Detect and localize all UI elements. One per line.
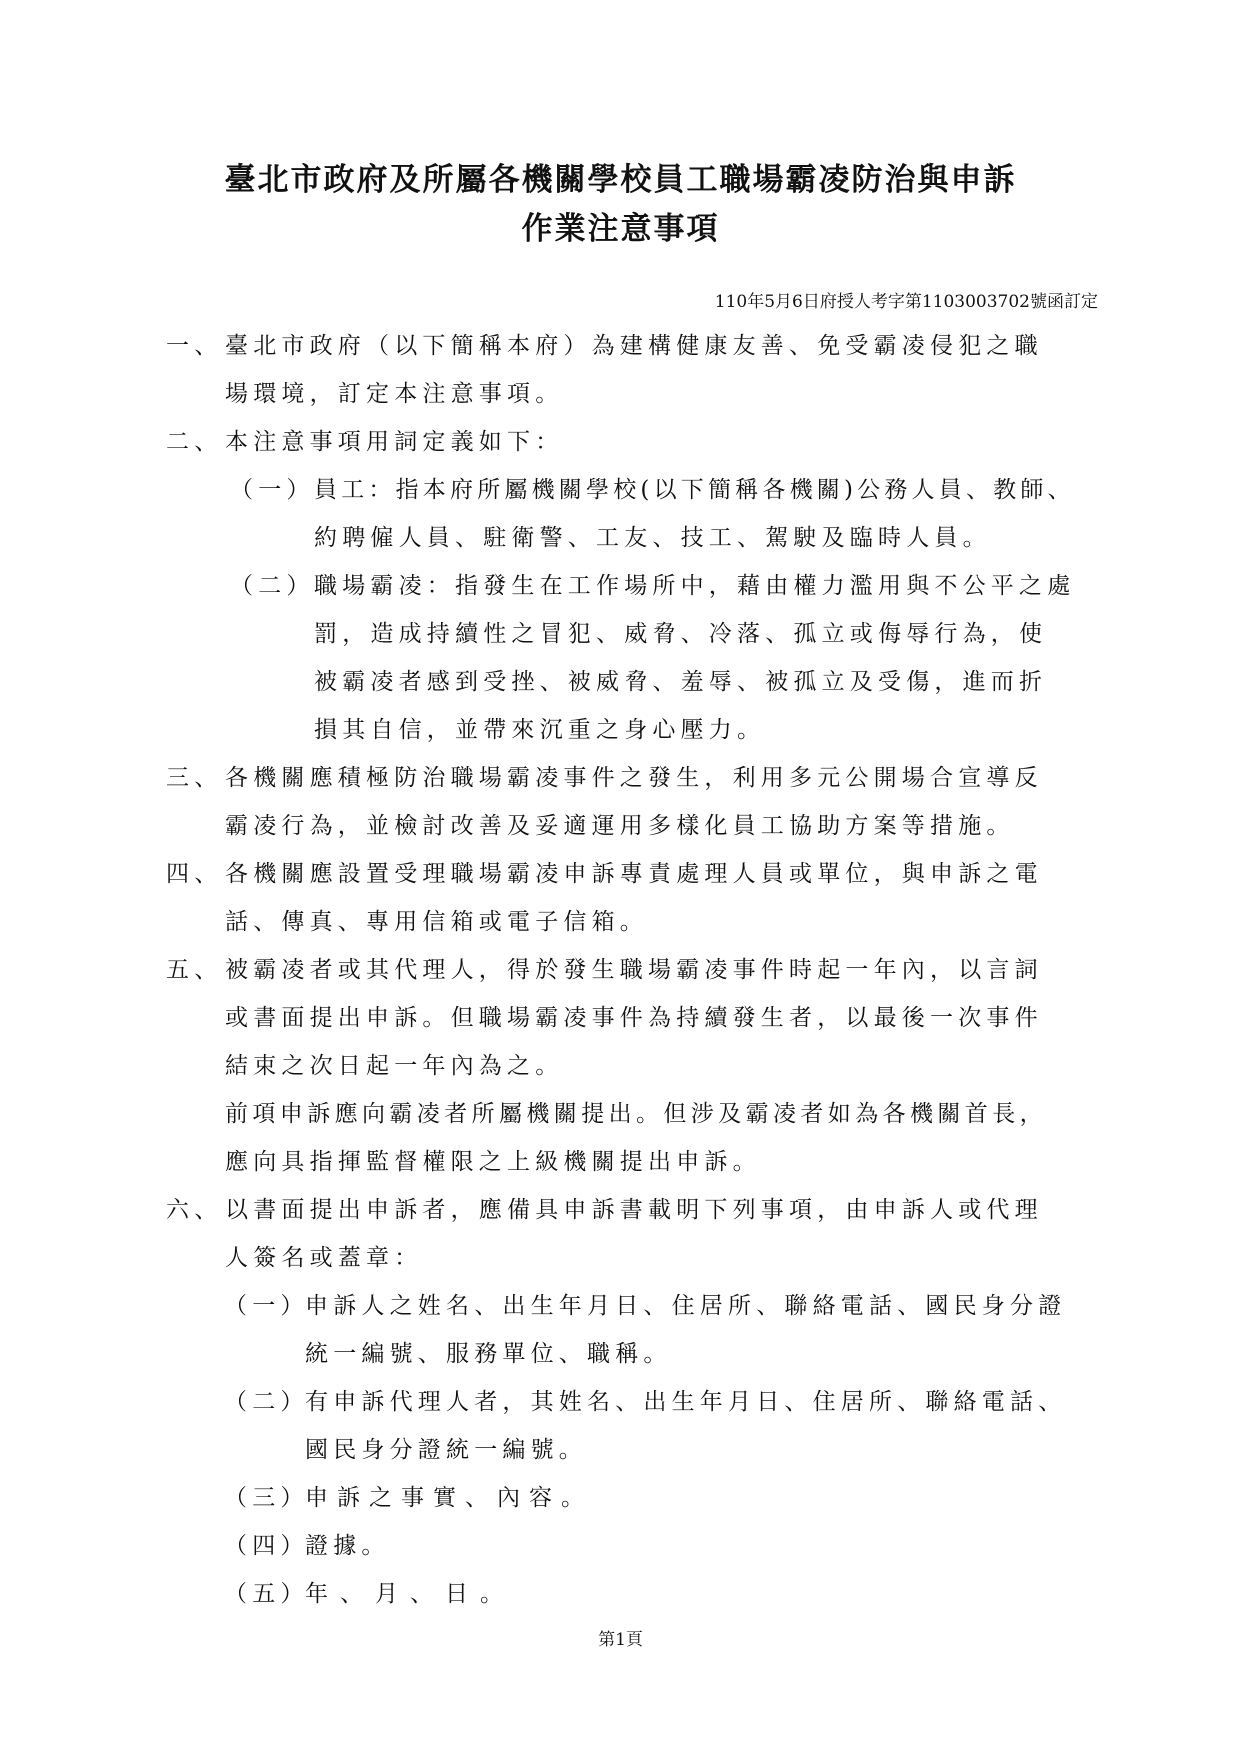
section-text-line: 以書面提出申訴者，應備具申訴書載明下列事項，由申訴人或代理 [225, 1195, 1043, 1225]
item-marker: （二） [230, 571, 315, 601]
section-text-line: 話、傳真、專用信箱或電子信箱。 [225, 907, 648, 937]
enactment-note: 110年5月6日府授人考字第1103003702號函訂定 [715, 290, 1098, 314]
item-marker: （二） [224, 1387, 309, 1417]
section-text-line: 各機關應設置受理職場霸凌申訴專責處理人員或單位，與申訴之電 [225, 859, 1043, 889]
section-paragraph-line: 應向具指揮監督權限之上級機關提出申訴。 [225, 1147, 761, 1177]
section-text-line: 被霸凌者或其代理人，得於發生職場霸凌事件時起一年內，以言詞 [225, 955, 1043, 985]
item-text-line: 申訴之事實、內容。 [305, 1483, 593, 1513]
document-page: 臺北市政府及所屬各機關學校員工職場霸凌防治與申訴 作業注意事項 110年5月6日… [0, 0, 1241, 1755]
section-text-line: 霸凌行為，並檢討改善及妥適運用多樣化員工協助方案等措施。 [225, 811, 1015, 841]
section-marker: 二、 [166, 427, 222, 457]
section-marker: 三、 [166, 763, 222, 793]
item-text-line: 有申訴代理人者，其姓名、出生年月日、住居所、聯絡電話、 [305, 1387, 1066, 1417]
section-text-line: 臺北市政府（以下簡稱本府）為建構健康友善、免受霸凌侵犯之職 [225, 331, 1043, 361]
section-text-line: 各機關應積極防治職場霸凌事件之發生，利用多元公開場合宣導反 [225, 763, 1043, 793]
item-text-line: 約聘僱人員、駐衛警、工友、技工、駕駛及臨時人員。 [314, 523, 991, 553]
item-text-line: 被霸凌者感到受挫、被威脅、羞辱、被孤立及受傷，進而折 [314, 667, 1047, 697]
section-marker: 一、 [166, 331, 222, 361]
section-paragraph-line: 前項申訴應向霸凌者所屬機關提出。但涉及霸凌者如為各機關首長， [225, 1099, 1047, 1129]
section-text-line: 本注意事項用詞定義如下： [225, 427, 563, 457]
section-text-line: 人簽名或蓋章： [225, 1243, 422, 1273]
document-title-line-2: 作業注意事項 [0, 209, 1241, 249]
item-text-line: 罰，造成持續性之冒犯、威脅、冷落、孤立或侮辱行為，使 [314, 619, 1047, 649]
item-marker: （三） [224, 1483, 309, 1513]
item-text-line: 統一編號、服務單位、職稱。 [305, 1339, 672, 1369]
section-text-line: 或書面提出申訴。但職場霸凌事件為持續發生者，以最後一次事件 [225, 1003, 1043, 1033]
document-title-line-1: 臺北市政府及所屬各機關學校員工職場霸凌防治與申訴 [0, 160, 1241, 200]
item-text-line: 年、月、日。 [305, 1579, 515, 1609]
item-text-line: 國民身分證統一編號。 [305, 1435, 587, 1465]
section-text-line: 結束之次日起一年內為之。 [225, 1051, 563, 1081]
section-text-line: 場環境，訂定本注意事項。 [225, 379, 563, 409]
item-marker: （五） [224, 1579, 309, 1609]
page-number: 第1頁 [0, 1628, 1241, 1652]
item-text-line: 損其自信，並帶來沉重之身心壓力。 [314, 715, 765, 745]
item-marker: （一） [230, 475, 315, 505]
item-text-line: 申訴人之姓名、出生年月日、住居所、聯絡電話、國民身分證 [305, 1291, 1066, 1321]
item-text-line: 員工：指本府所屬機關學校(以下簡稱各機關)公務人員、教師、 [314, 475, 1075, 505]
section-marker: 五、 [166, 955, 222, 985]
item-marker: （一） [224, 1291, 309, 1321]
section-marker: 六、 [166, 1195, 222, 1225]
item-marker: （四） [224, 1531, 309, 1561]
item-text-line: 職場霸凌：指發生在工作場所中，藉由權力濫用與不公平之處 [314, 571, 1075, 601]
item-text-line: 證據。 [305, 1531, 390, 1561]
section-marker: 四、 [166, 859, 222, 889]
